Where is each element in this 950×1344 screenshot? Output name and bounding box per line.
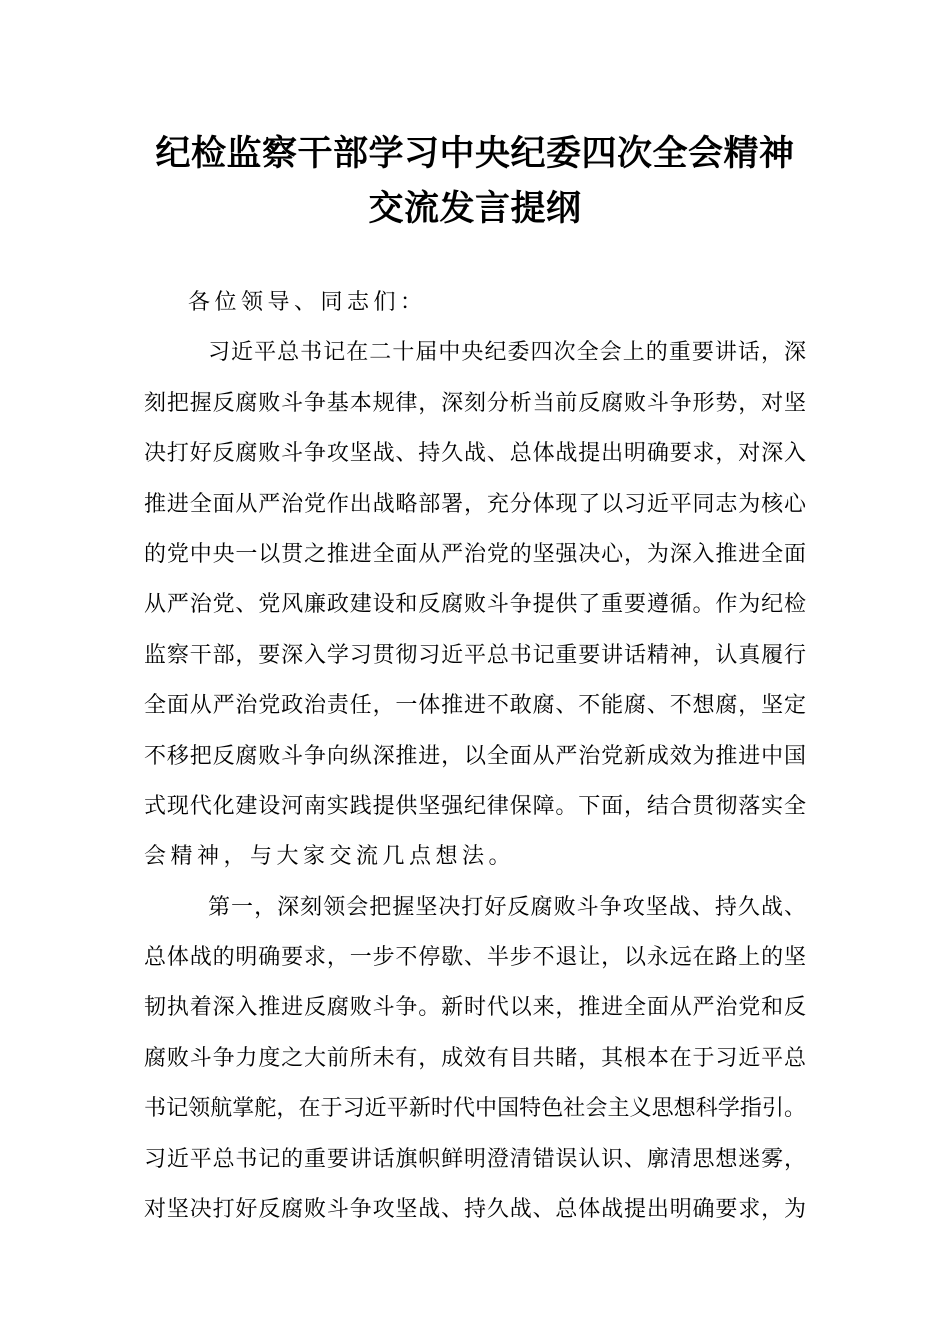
text-line: 的党中央一以贯之推进全面从严治党的坚强决心，为深入推进全面: [144, 529, 806, 579]
text-line: 总体战的明确要求，一步不停歇、半步不退让，以永远在路上的坚: [144, 932, 806, 982]
document-body: 各位领导、同志们：习近平总书记在二十届中央纪委四次全会上的重要讲话，深刻把握反腐…: [0, 277, 806, 1234]
text-line: 第一，深刻领会把握坚决打好反腐败斗争攻坚战、持久战、: [144, 882, 806, 932]
text-line: 从严治党、党风廉政建设和反腐败斗争提供了重要遵循。作为纪检: [144, 579, 806, 629]
text-line: 式现代化建设河南实践提供坚强纪律保障。下面，结合贯彻落实全: [144, 781, 806, 831]
text-line: 监察干部，要深入学习贯彻习近平总书记重要讲话精神，认真履行: [144, 630, 806, 680]
document-page: 纪检监察干部学习中央纪委四次全会精神 交流发言提纲 各位领导、同志们：习近平总书…: [0, 0, 950, 1344]
text-line: 习近平总书记的重要讲话旗帜鲜明澄清错误认识、廓清思想迷雾，: [144, 1134, 806, 1184]
text-line: 推进全面从严治党作出战略部署，充分体现了以习近平同志为核心: [144, 479, 806, 529]
text-line: 刻把握反腐败斗争基本规律，深刻分析当前反腐败斗争形势，对坚: [144, 378, 806, 428]
document-title: 纪检监察干部学习中央纪委四次全会精神 交流发言提纲: [0, 126, 950, 236]
text-line: 会精神，与大家交流几点想法。: [144, 831, 806, 881]
text-line: 全面从严治党政治责任，一体推进不敢腐、不能腐、不想腐，坚定: [144, 680, 806, 730]
text-line: 韧执着深入推进反腐败斗争。新时代以来，推进全面从严治党和反: [144, 982, 806, 1032]
text-line: 各位领导、同志们：: [144, 277, 806, 327]
text-line: 腐败斗争力度之大前所未有，成效有目共睹，其根本在于习近平总: [144, 1033, 806, 1083]
document-title-line-1: 纪检监察干部学习中央纪委四次全会精神: [0, 126, 950, 181]
text-line: 习近平总书记在二十届中央纪委四次全会上的重要讲话，深: [144, 327, 806, 377]
text-line: 书记领航掌舵，在于习近平新时代中国特色社会主义思想科学指引。: [144, 1083, 806, 1133]
text-line: 对坚决打好反腐败斗争攻坚战、持久战、总体战提出明确要求，为: [144, 1184, 806, 1234]
document-title-line-2: 交流发言提纲: [0, 181, 950, 236]
text-line: 决打好反腐败斗争攻坚战、持久战、总体战提出明确要求，对深入: [144, 428, 806, 478]
text-line: 不移把反腐败斗争向纵深推进，以全面从严治党新成效为推进中国: [144, 731, 806, 781]
